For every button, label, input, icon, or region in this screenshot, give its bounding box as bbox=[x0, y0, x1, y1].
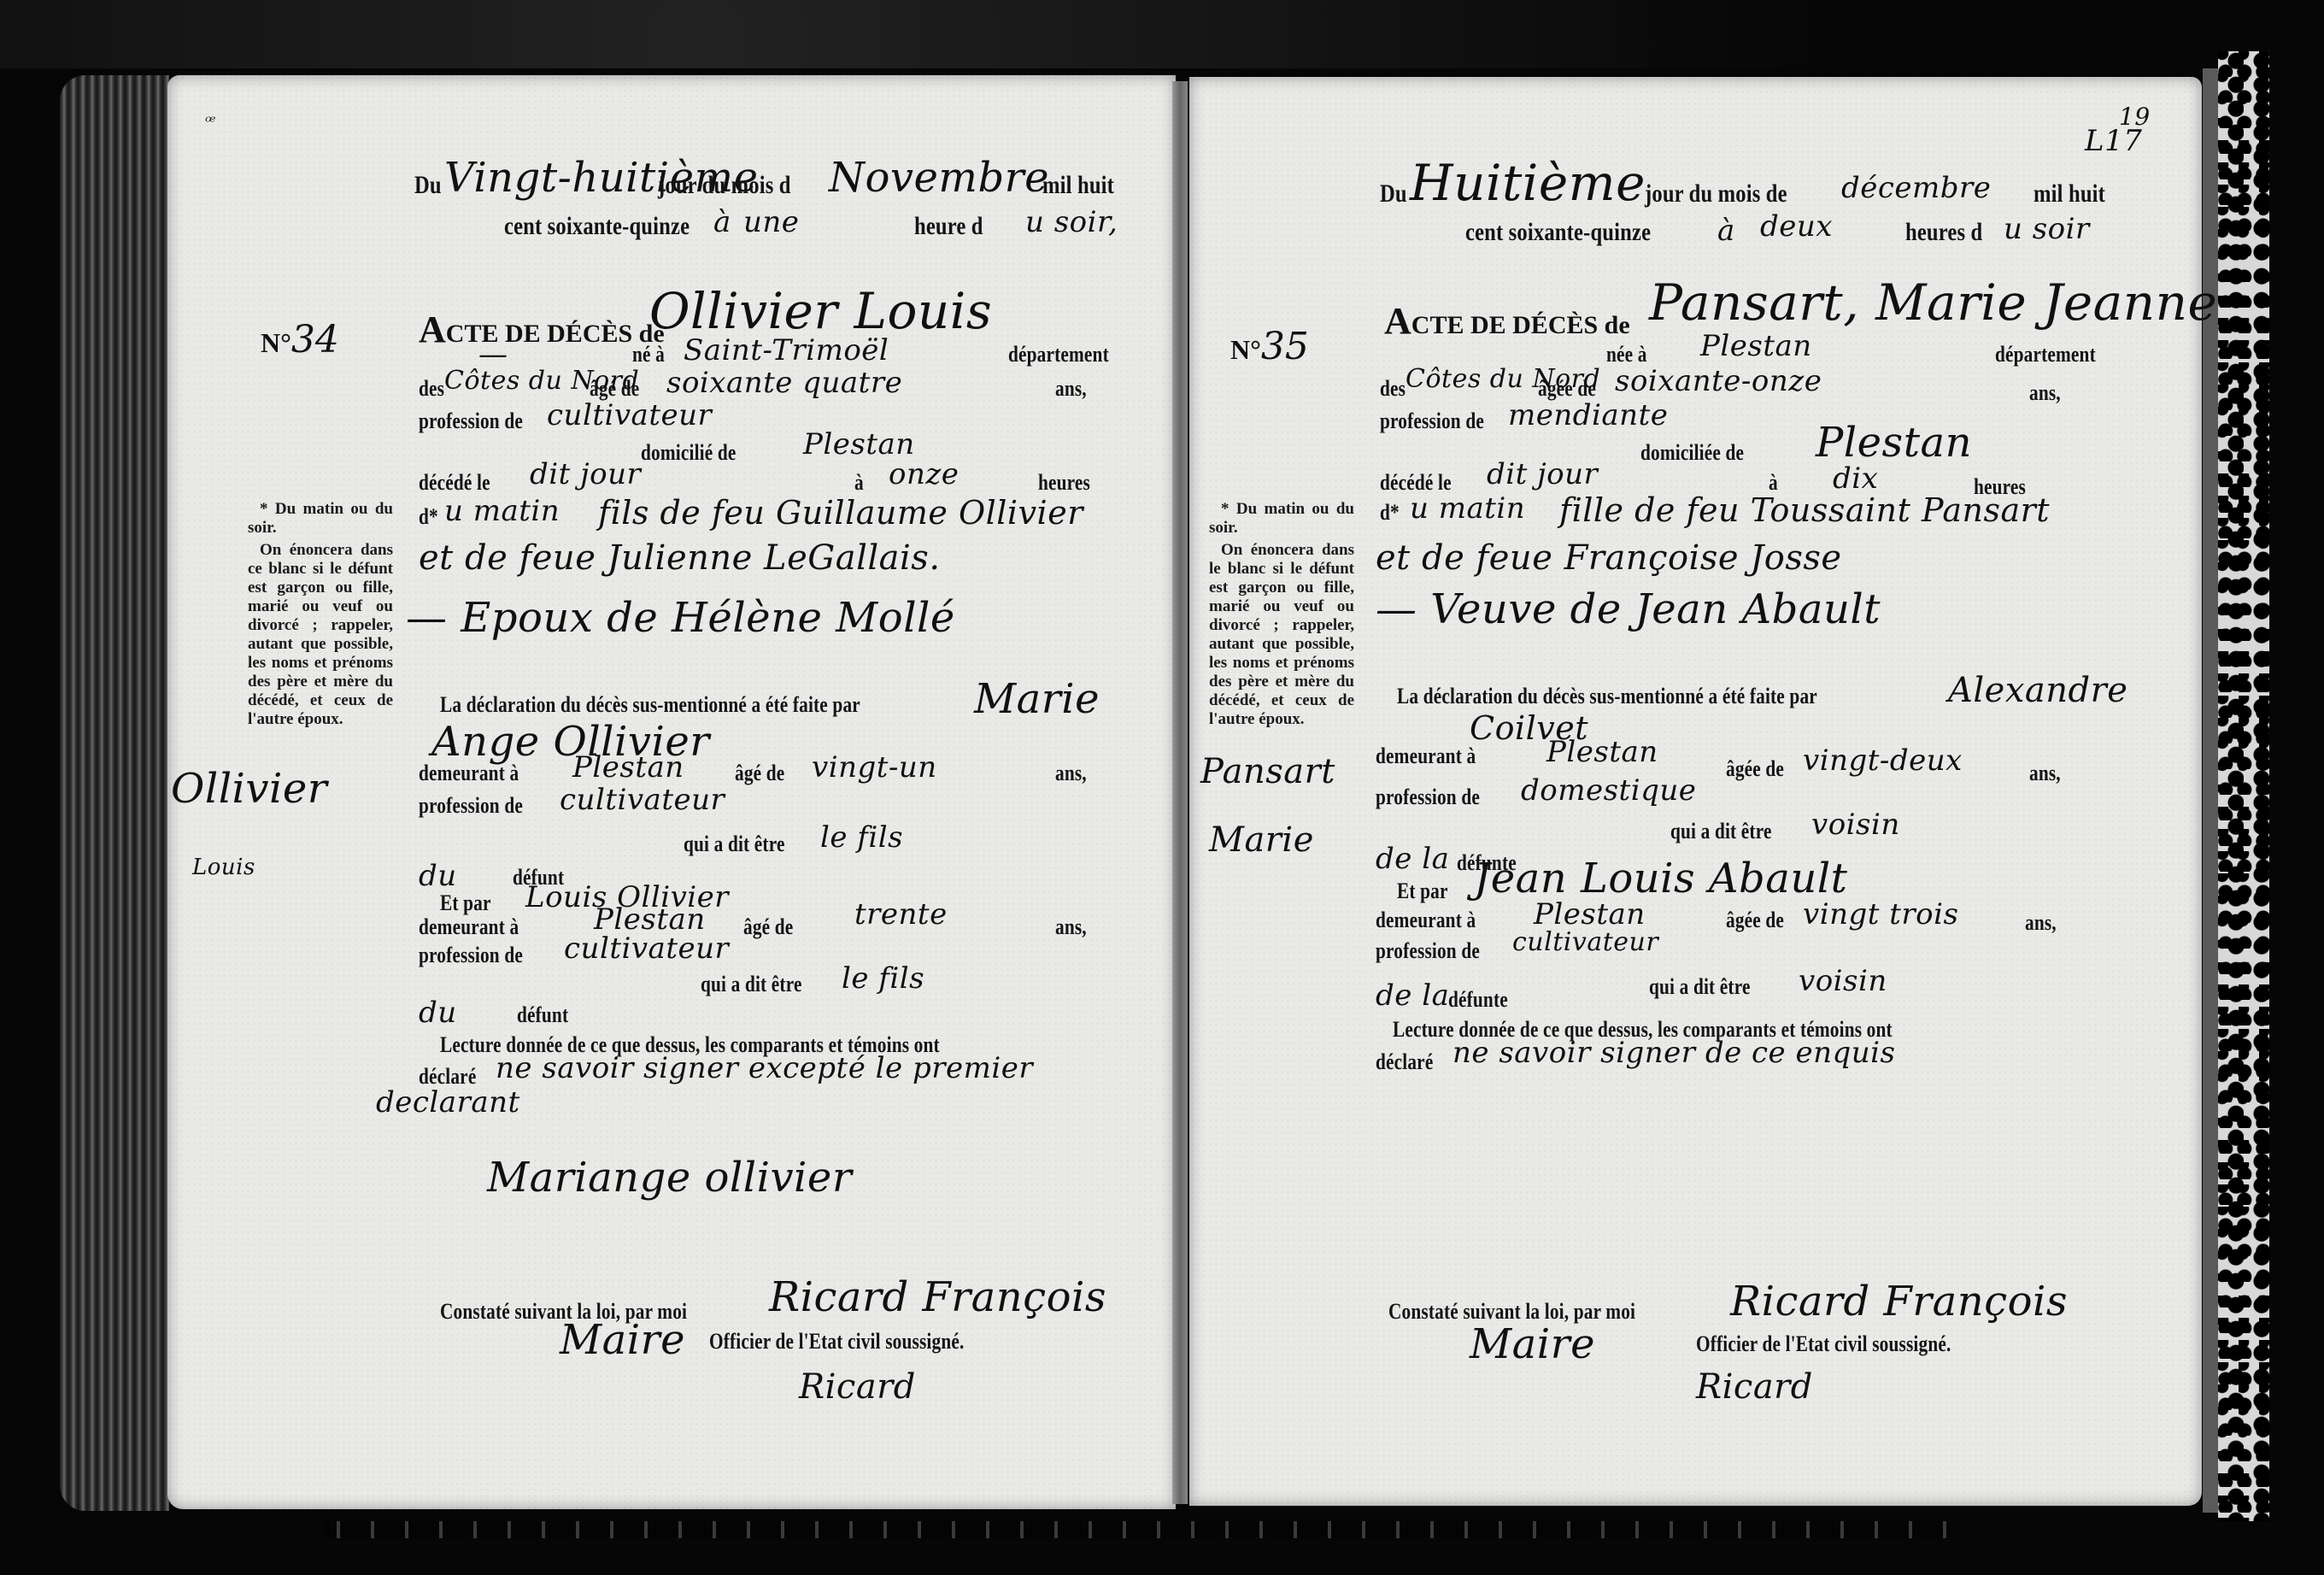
label-declarant2-defunt: défunte bbox=[1448, 987, 1508, 1013]
acte-title: ACTE DE DÉCÈS de bbox=[1384, 299, 1630, 343]
label-declarant2-age: âgé de bbox=[743, 914, 793, 940]
label-declarant1-ans: ans, bbox=[1055, 761, 1087, 786]
label-declarant1-profession: profession de bbox=[1376, 785, 1480, 810]
label-declarant2-profession: profession de bbox=[1376, 938, 1480, 964]
margin-given-name: Louis bbox=[192, 855, 255, 880]
declarant2-age: trente bbox=[854, 897, 948, 931]
label-heures: heures bbox=[1038, 470, 1090, 496]
officer-title: Maire bbox=[1470, 1320, 1595, 1368]
label-et-par: Et par bbox=[440, 890, 491, 916]
profession: mendiante bbox=[1508, 398, 1668, 432]
label-declarant2-ans: ans, bbox=[2025, 910, 2057, 936]
label-declarant2-qui-a-dit-etre: qui a dit être bbox=[701, 972, 802, 997]
header-year: cent soixante-quinze bbox=[1465, 218, 1651, 247]
book-gutter bbox=[1172, 81, 1188, 1504]
header-jour-du-mois: jour du mois de bbox=[1645, 179, 1787, 209]
label-declarant2-demeurant: demeurant à bbox=[419, 914, 519, 940]
lecture-value: ne savoir signer de ce enquis bbox=[1452, 1036, 1896, 1070]
label-d-star: d* bbox=[1380, 500, 1400, 526]
du-prefix: du bbox=[419, 859, 457, 893]
label-officier: Officier de l'Etat civil soussigné. bbox=[1696, 1331, 1951, 1357]
margin-note-line2: On énoncera dans le blanc si le défunt e… bbox=[1209, 541, 1354, 729]
lecture-value: ne savoir signer excepté le premier bbox=[496, 1051, 1033, 1085]
declarant1-relation: voisin bbox=[1811, 808, 1900, 842]
label-des: des bbox=[419, 376, 444, 402]
filiation-father: fille de feu Toussaint Pansart bbox=[1559, 491, 2050, 529]
declarant1-profession: cultivateur bbox=[560, 783, 725, 817]
header-hour: une bbox=[743, 205, 799, 239]
death-day: dit jour bbox=[530, 457, 641, 491]
header-period: u soir bbox=[2004, 212, 2090, 246]
header-heure: heures d bbox=[1905, 218, 1982, 247]
label-ans: ans, bbox=[2029, 380, 2061, 406]
officer-name: Ricard François bbox=[1730, 1278, 2068, 1325]
label-departement: département bbox=[1995, 342, 2096, 367]
label-declarant1-age: âgée de bbox=[1726, 756, 1784, 782]
declarant1-profession: domestique bbox=[1521, 773, 1696, 808]
label-declarant1-profession: profession de bbox=[419, 793, 523, 819]
margin-note-line2: On énoncera dans ce blanc si le défunt e… bbox=[248, 541, 393, 729]
header-mil-huit: mil huit bbox=[2033, 179, 2105, 209]
officer-title: Maire bbox=[560, 1316, 685, 1364]
label-declarant2-demeurant: demeurant à bbox=[1376, 908, 1476, 933]
filiation-mother: et de feue Julienne LeGallais. bbox=[419, 538, 941, 578]
label-domicile: domiciliée de bbox=[1640, 440, 1744, 466]
label-et-par: Et par bbox=[1397, 879, 1448, 904]
header-hour: deux bbox=[1760, 209, 1833, 244]
marbled-cover-edge-bottom bbox=[325, 1521, 1948, 1538]
label-declaration: La déclaration du décès sus-mentionné a … bbox=[1397, 684, 1817, 709]
label-ne-a: né à bbox=[632, 342, 665, 367]
header-a: à bbox=[1717, 214, 1735, 248]
officer-name: Ricard François bbox=[769, 1273, 1106, 1321]
label-declarant2-age: âgée de bbox=[1726, 908, 1784, 933]
label-declare: déclaré bbox=[1376, 1049, 1433, 1075]
header-mil-huit: mil huit bbox=[1042, 171, 1114, 200]
corner-mark: ꟹ bbox=[205, 111, 215, 132]
declarant1-first-name: Alexandre bbox=[1948, 671, 2127, 710]
age: soixante quatre bbox=[666, 366, 902, 400]
header-month: décembre bbox=[1841, 171, 1991, 205]
marbled-cover-edge bbox=[2218, 51, 2269, 1521]
death-period: u matin bbox=[1410, 491, 1525, 526]
margin-note-line1: * Du matin ou du soir. bbox=[248, 500, 393, 538]
death-hour: onze bbox=[889, 457, 959, 491]
declarant2-du-prefix: du bbox=[419, 996, 457, 1030]
label-declarant1-ans: ans, bbox=[2029, 761, 2061, 786]
scan-background-top bbox=[0, 0, 2324, 68]
header-day: Huitième bbox=[1410, 154, 1646, 212]
label-domicile: domicilié de bbox=[641, 440, 737, 466]
label-declaration: La déclaration du décès sus-mentionné a … bbox=[440, 692, 860, 718]
declarant2-name: Jean Louis Abault bbox=[1474, 855, 1847, 902]
declarant1-first-name: Marie bbox=[974, 675, 1100, 723]
margin-surname: Ollivier bbox=[171, 765, 327, 813]
filiation-mother: et de feue Françoise Josse bbox=[1376, 538, 1842, 578]
declarant2-du-prefix: de la bbox=[1376, 978, 1449, 1013]
declarant2-relation: voisin bbox=[1799, 964, 1887, 998]
margin-note-line1: * Du matin ou du soir. bbox=[1209, 500, 1354, 538]
declarant1-age: vingt-un bbox=[812, 750, 937, 785]
header-heure: heure d bbox=[914, 212, 983, 241]
profession: cultivateur bbox=[547, 398, 712, 432]
officer-signature: Ricard bbox=[799, 1367, 916, 1407]
birthplace: Saint-Trimoël bbox=[684, 333, 889, 367]
label-d-star: d* bbox=[419, 504, 438, 530]
label-decede-le: décédé le bbox=[419, 470, 490, 496]
label-des: des bbox=[1380, 376, 1406, 402]
declarant1-relation: le fils bbox=[820, 820, 903, 855]
label-declarant1-age: âgé de bbox=[735, 761, 784, 786]
record-number: N°35 bbox=[1230, 325, 1309, 368]
header-period: u soir, bbox=[1025, 205, 1118, 239]
deceased-name: Pansart, Marie Jeanne bbox=[1649, 273, 2217, 332]
label-qui-a-dit-etre: qui a dit être bbox=[1670, 819, 1772, 844]
margin-instructions: * Du matin ou du soir. On énoncera dans … bbox=[248, 500, 393, 732]
declarant2-profession: cultivateur bbox=[564, 931, 729, 966]
label-profession: profession de bbox=[419, 408, 523, 434]
deceased-name: Ollivier Louis bbox=[649, 282, 992, 340]
domicile: Plestan bbox=[803, 427, 915, 461]
birthplace: Plestan bbox=[1700, 329, 1812, 363]
declarant1-age: vingt-deux bbox=[1803, 743, 1963, 778]
header-year: cent soixante-quinze bbox=[504, 212, 690, 241]
death-hour: dix bbox=[1833, 461, 1878, 496]
domicile: Plestan bbox=[1816, 419, 1972, 467]
du-prefix: de la bbox=[1376, 842, 1449, 876]
declarant1-residence: Plestan bbox=[1546, 735, 1658, 769]
label-qui-a-dit-etre: qui a dit être bbox=[684, 832, 785, 857]
header-du: Du bbox=[414, 171, 442, 200]
declarant2-relation: le fils bbox=[842, 961, 924, 996]
label-profession: profession de bbox=[1380, 408, 1484, 434]
signature-declarant: Mariange ollivier bbox=[487, 1154, 852, 1202]
header-a: à bbox=[713, 205, 731, 239]
book-page-edges-left bbox=[60, 75, 169, 1511]
death-day: dit jour bbox=[1487, 457, 1598, 491]
header-month: Novembre bbox=[829, 154, 1049, 202]
label-declarant2-ans: ans, bbox=[1055, 914, 1087, 940]
label-declarant2-profession: profession de bbox=[419, 943, 523, 968]
declarant2-age: vingt trois bbox=[1803, 897, 1958, 931]
lecture-value-cont: declarant bbox=[376, 1085, 520, 1120]
label-demeurant: demeurant à bbox=[419, 761, 519, 786]
officer-signature: Ricard bbox=[1696, 1367, 1813, 1407]
declarant2-residence: Plestan bbox=[1534, 897, 1646, 931]
declarant1-residence: Plestan bbox=[572, 750, 684, 785]
label-ans: ans, bbox=[1055, 376, 1087, 402]
label-departement: département bbox=[1008, 342, 1109, 367]
spouse: — Veuve de Jean Abault bbox=[1376, 585, 1881, 633]
acte-title: ACTE DE DÉCÈS de bbox=[419, 308, 665, 351]
age: soixante-onze bbox=[1615, 364, 1822, 398]
record-number: N°34 bbox=[261, 318, 339, 361]
spouse: — Epoux de Hélène Mollé bbox=[406, 594, 955, 642]
declarant2-profession: cultivateur bbox=[1512, 927, 1658, 957]
label-officier: Officier de l'Etat civil soussigné. bbox=[709, 1329, 964, 1355]
death-period: u matin bbox=[444, 494, 560, 528]
margin-given-name: Marie bbox=[1209, 820, 1314, 860]
label-declarant2-qui-a-dit-etre: qui a dit être bbox=[1649, 974, 1751, 1000]
filiation-father: fils de feu Guillaume Ollivier bbox=[598, 494, 1083, 532]
margin-instructions: * Du matin ou du soir. On énoncera dans … bbox=[1209, 500, 1354, 732]
label-demeurant: demeurant à bbox=[1376, 743, 1476, 769]
label-a: à bbox=[854, 470, 864, 496]
margin-surname: Pansart bbox=[1200, 752, 1335, 791]
header-du: Du bbox=[1380, 179, 1407, 209]
label-declarant2-defunt: défunt bbox=[517, 1002, 568, 1028]
folio-mark: L17 bbox=[2085, 124, 2142, 158]
header-jour-du-mois: jour du mois d bbox=[658, 171, 791, 200]
